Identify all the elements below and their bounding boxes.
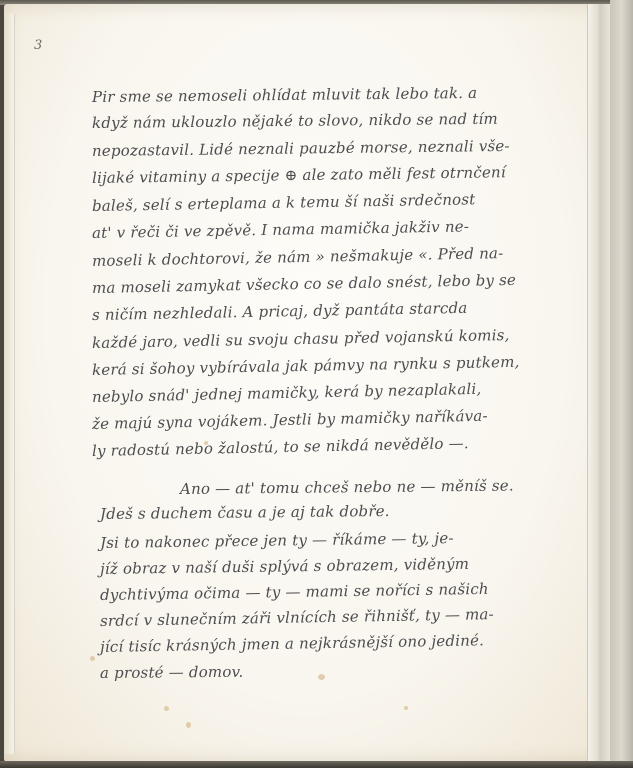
paper-stain: [164, 706, 169, 711]
page-binding-gutter: [587, 4, 610, 762]
scanned-notebook-page: 3 Pir sme se nemoseli ohlídat mluvit tak…: [0, 0, 633, 768]
paper-stain: [204, 441, 208, 445]
handwritten-page: 3 Pir sme se nemoseli ohlídat mluvit tak…: [4, 4, 610, 762]
text-line: každé jaro, vedli su svoju chasu před vo…: [92, 326, 510, 352]
text-line: dychtivýma očima — ty — mami se noříci s…: [100, 580, 489, 604]
text-line: nepozastavil. Lidé neznali pauzbé morse,…: [92, 137, 510, 160]
text-line: Jdeš s duchem času a je aj tak dobře.: [100, 502, 390, 523]
text-line: jíž obraz v naší duši splývá s obrazem, …: [100, 555, 469, 578]
notebook-bottom-edge: [0, 761, 633, 768]
text-line: baleš, selí s erteplama a k temu ší naši…: [92, 190, 476, 215]
opposite-page-leaf: [610, 0, 633, 768]
paper-stain: [404, 706, 408, 710]
paper-stain: [186, 722, 191, 728]
text-line: lijaké vitaminy a specije ⊕ ale zato měl…: [92, 163, 506, 187]
paper-stain: [318, 674, 325, 680]
text-line: kerá si šohoy vybírávala jak pámvy na ry…: [92, 353, 520, 379]
text-line: když nám uklouzlo nějaké to slovo, nikdo…: [92, 110, 498, 132]
text-line: a prosté — domov.: [100, 663, 244, 682]
text-line: jící tisíc krásných jmen a nejkrásnější …: [100, 631, 484, 656]
text-line: Jsi to nakonec přece jen ty — říkáme — t…: [100, 529, 454, 552]
text-line: nebylo snád' jednej mamičky, kerá by nez…: [92, 380, 482, 406]
text-line: ma moseli zamykat všecko co se dalo snés…: [92, 271, 516, 297]
text-line: Pir sme se nemoseli ohlídat mluvit tak l…: [92, 84, 477, 106]
page-number: 3: [34, 38, 42, 53]
text-line: at' v řeči či ve zpěvě. I nama mamička j…: [92, 217, 469, 242]
text-line: že majú syna vojákem. Jestli by mamičky …: [92, 407, 488, 433]
paper-stain: [90, 656, 95, 661]
text-line: ly radostú nebo žalostú, to se nikdá nev…: [92, 434, 469, 460]
text-line: moseli k dochtorovi, že nám » nešmakuje …: [92, 244, 504, 270]
text-line: Ano — at' tomu chceš nebo ne — měníš se.: [180, 477, 514, 498]
text-line: srdcí v slunečním záři vlnících se řihni…: [100, 605, 494, 630]
page-left-edge: [4, 14, 15, 754]
text-line: s ničím nezhledali. A pricaj, dyž pantát…: [92, 299, 468, 324]
